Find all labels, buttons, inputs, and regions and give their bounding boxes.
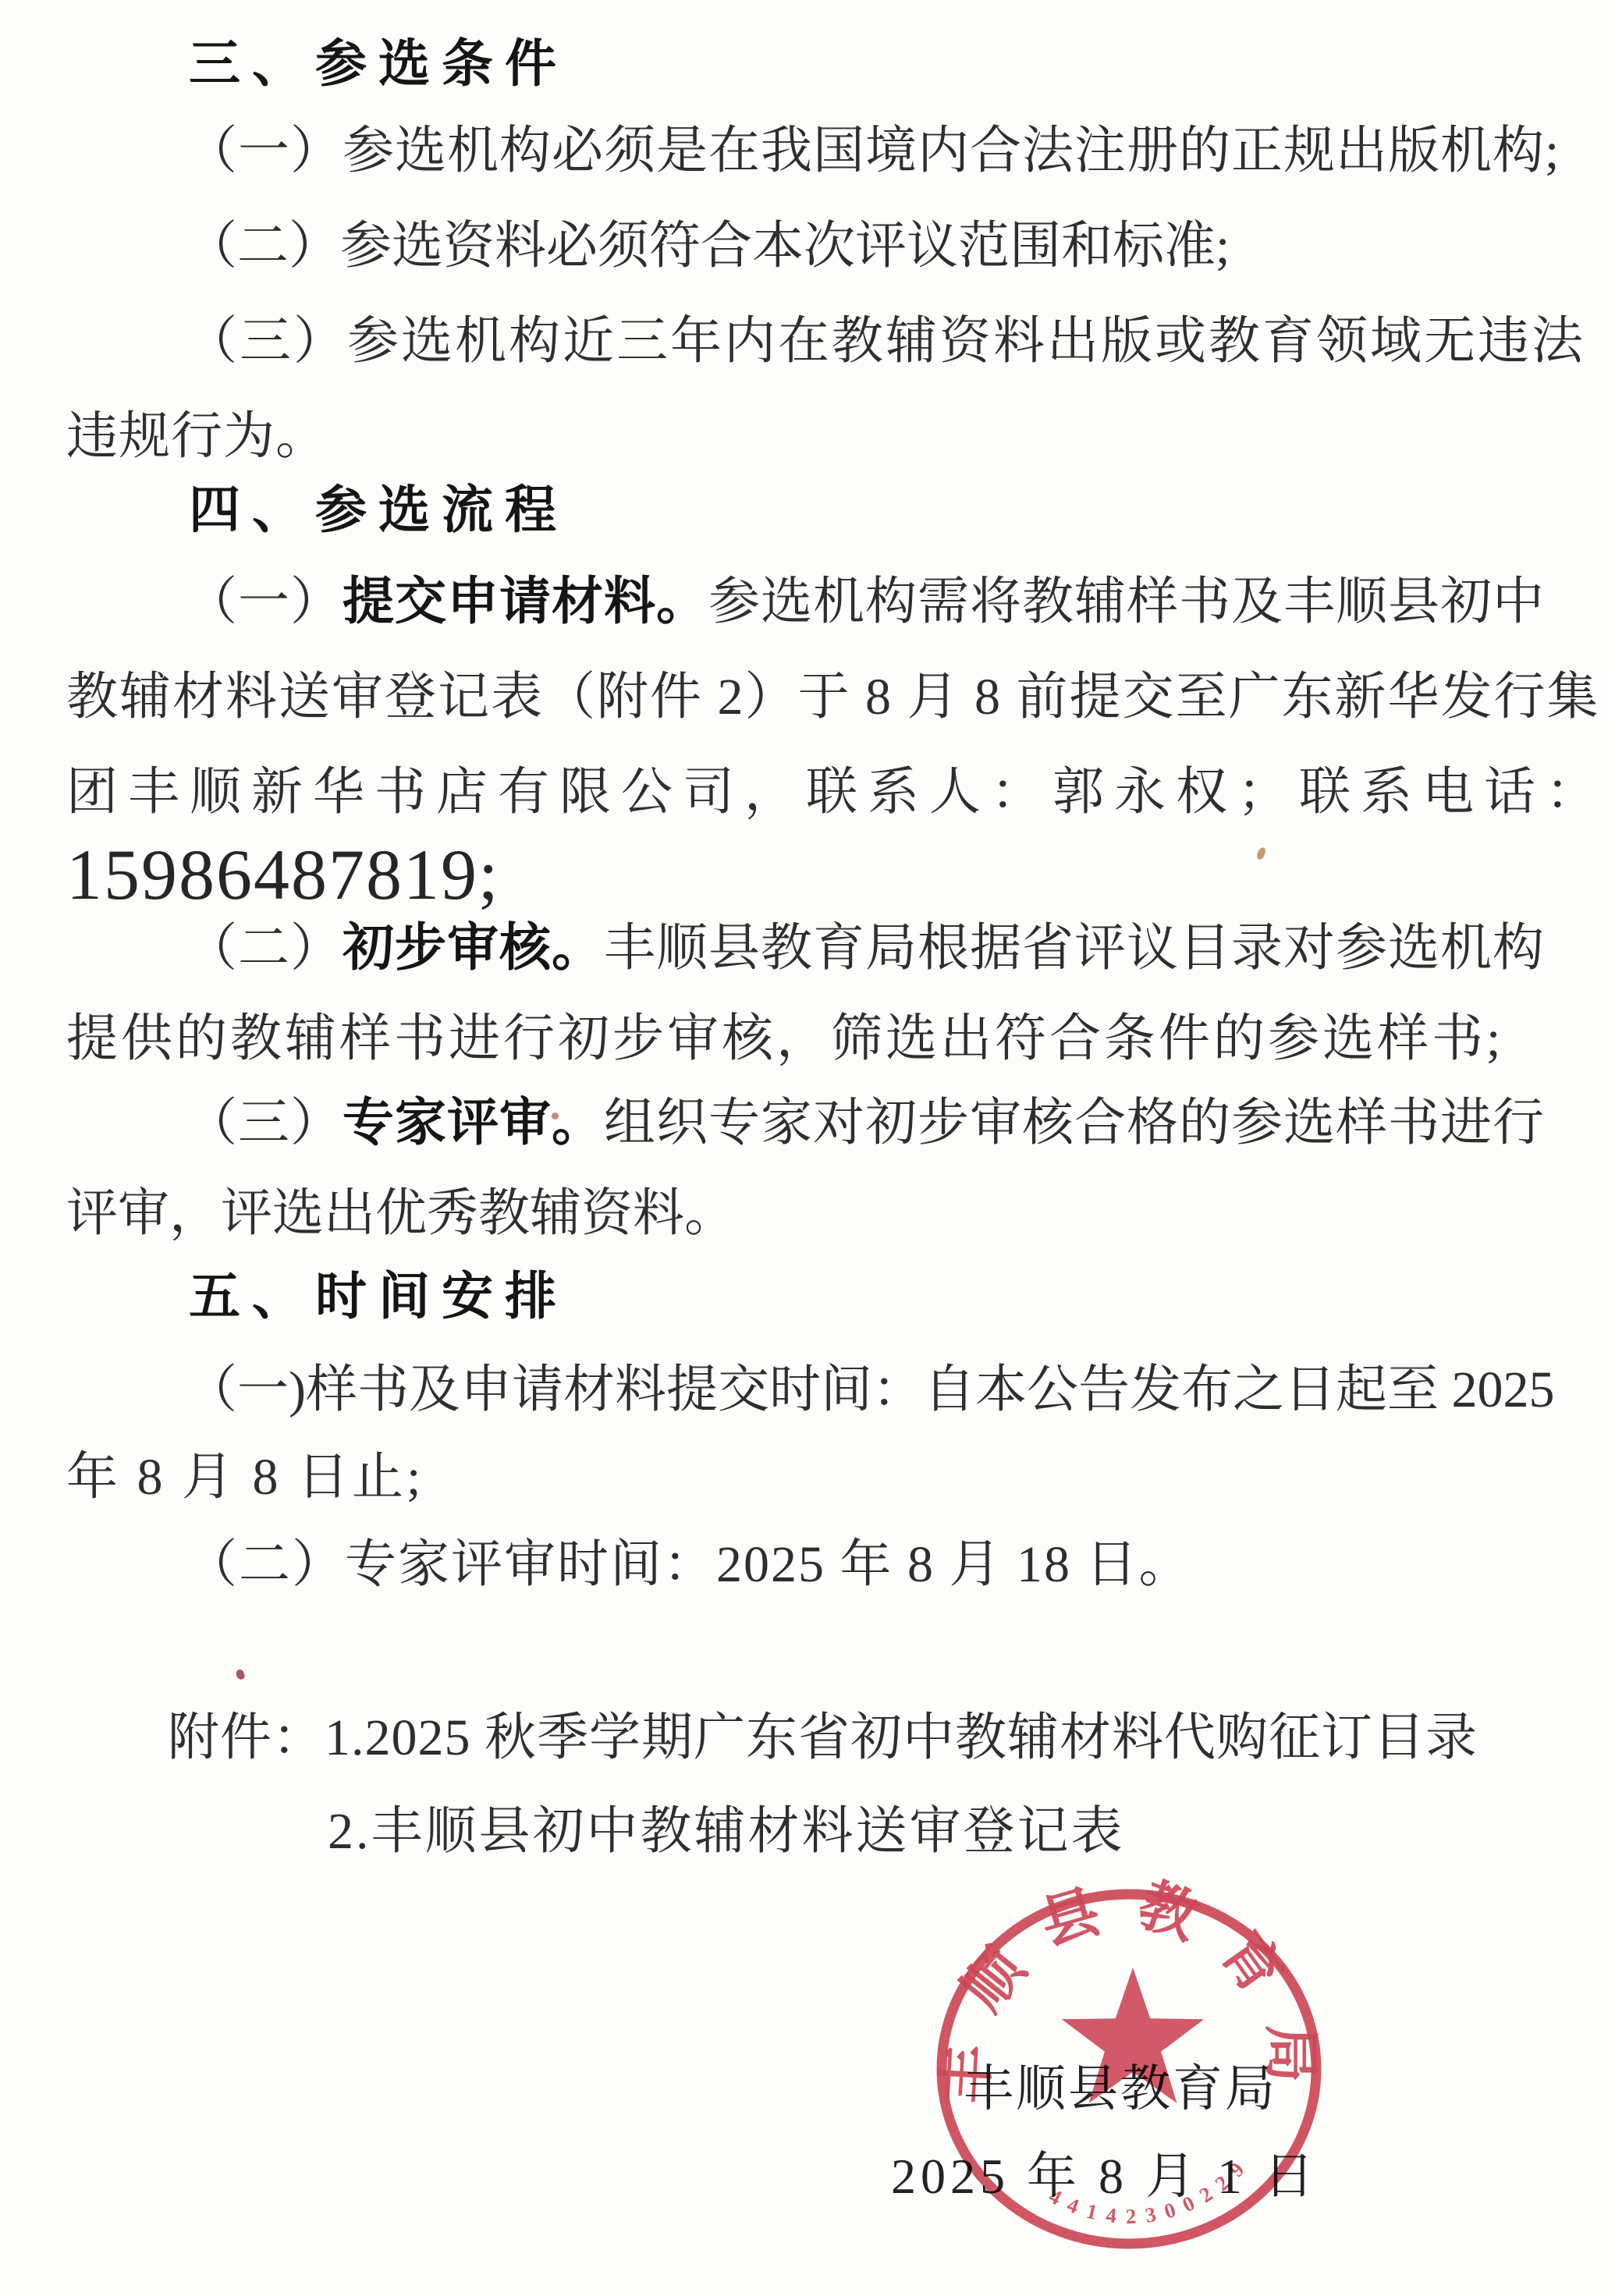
section-heading-4: 四、参选流程 (189, 482, 568, 538)
paragraph-line: 违规行为。 (66, 409, 328, 464)
paragraph-line: （一）参选机构必须是在我国境内合法注册的正规出版机构; (186, 123, 1560, 179)
attachments-line-1: 附件：1.2025 秋季学期广东省初中教辅材料代购征订目录 (168, 1710, 1478, 1765)
paragraph-line: 年 8 月 8 日止; (66, 1450, 424, 1505)
heading-text: 三、参选条件 (189, 34, 568, 92)
ink-speck (1256, 846, 1267, 861)
attachments-line-2: 2.丰顺县初中教辅材料送审登记表 (328, 1804, 1125, 1859)
paragraph-line: 提供的教辅样书进行初步审核，筛选出符合条件的参选样书; (66, 1011, 1503, 1066)
paragraph-line: （三）参选机构近三年内在教辅资料出版或教育领域无违法 (186, 314, 1585, 369)
ink-speck (235, 1669, 245, 1680)
paragraph-line: （二）参选资料必须符合本次评议范围和标准; (186, 218, 1230, 274)
phone-number-line: 15986487819; (66, 836, 500, 914)
paragraph-line: 教辅材料送审登记表（附件 2）于 8 月 8 前提交至广东新华发行集 (66, 669, 1600, 725)
paragraph-line: （二）专家评审时间：2025 年 8 月 18 日。 (186, 1537, 1192, 1592)
signature-org: 丰顺县教育局 (964, 2064, 1277, 2114)
paragraph-line: 团丰顺新华书店有限公司，联系人：郭永权；联系电话： (66, 765, 1607, 820)
paragraph-line: （一)样书及申请材料提交时间：自本公告发布之日起至 2025 (186, 1362, 1554, 1418)
heading-text: 五、时间安排 (189, 1267, 568, 1325)
paragraph-line: （三）专家评审。组织专家对初步审核合格的参选样书进行 (186, 1095, 1545, 1151)
paragraph-line: （二）初步审核。丰顺县教育局根据省评议目录对参选机构 (186, 921, 1545, 976)
scanned-document-page: 三、参选条件 （一）参选机构必须是在我国境内合法注册的正规出版机构; （二）参选… (0, 0, 1608, 2296)
signature-date: 2025 年 8 月 1 日 (891, 2152, 1319, 2202)
heading-text: 四、参选流程 (189, 481, 568, 538)
paragraph-line: （一）提交申请材料。参选机构需将教辅样书及丰顺县初中 (186, 574, 1545, 630)
section-heading-5: 五、时间安排 (189, 1269, 568, 1324)
paragraph-line: 评审，评选出优秀教辅资料。 (66, 1186, 736, 1241)
section-heading-3: 三、参选条件 (189, 36, 568, 91)
ink-speck (552, 1113, 559, 1120)
